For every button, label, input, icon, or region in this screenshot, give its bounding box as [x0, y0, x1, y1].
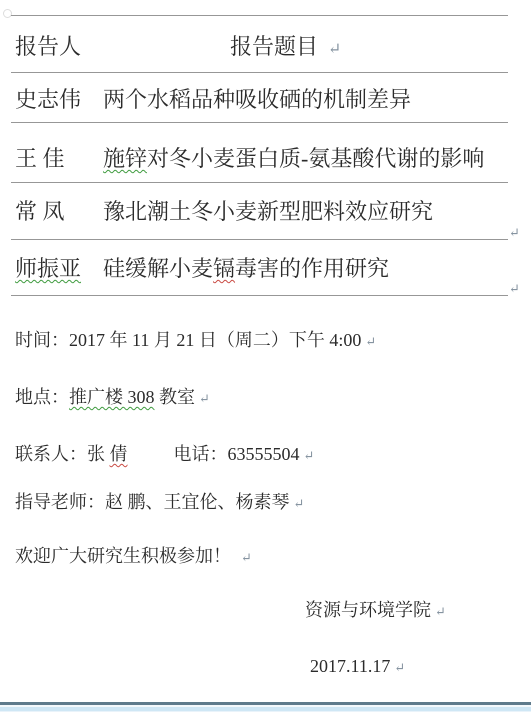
paragraph-mark-icon: ↵: [509, 282, 520, 295]
phone-text: 电话：63555504: [174, 444, 300, 464]
report-title[interactable]: 施锌对冬小麦蛋白质-氨基酸代谢的影响: [103, 147, 484, 171]
report-title[interactable]: 两个水稻品种吸收硒的机制差异: [103, 88, 411, 112]
time-line[interactable]: 时间：2017 年 11 月 21 日（周二）下午 4:00↵: [15, 330, 376, 352]
header-presenter[interactable]: 报告人: [15, 35, 81, 59]
document-page[interactable]: 报告人 报告题目↵ 史志伟 两个水稻品种吸收硒的机制差异 王 佳 施锌对冬小麦蛋…: [0, 0, 531, 712]
table-rule-top: [11, 15, 508, 16]
place-line[interactable]: 地点：推广楼 308 教室↵: [15, 387, 210, 409]
signature-line[interactable]: 资源与环境学院↵: [305, 600, 446, 622]
table-rule: [11, 239, 508, 240]
report-title[interactable]: 硅缓解小麦镉毒害的作用研究: [103, 257, 389, 281]
paragraph-mark-icon: ↵: [294, 496, 305, 511]
table-rule: [11, 122, 508, 123]
presenter-name[interactable]: 王 佳: [15, 147, 65, 171]
table-row: 史志伟 两个水稻品种吸收硒的机制差异: [0, 88, 531, 112]
table-row: 师振亚 硅缓解小麦镉毒害的作用研究: [0, 257, 531, 281]
welcome-line[interactable]: 欢迎广大研究生积极参加！↵: [15, 546, 252, 568]
table-rule-bottom: [11, 295, 508, 296]
paragraph-mark-icon: ↵: [435, 604, 446, 619]
table-row: 常 凤 豫北潮土冬小麦新型肥料效应研究: [0, 200, 531, 224]
advisors-line[interactable]: 指导老师：赵 鹏、王宜伦、杨素琴↵: [15, 492, 304, 514]
table-row: 王 佳 施锌对冬小麦蛋白质-氨基酸代谢的影响: [0, 147, 531, 171]
paragraph-mark-icon: ↵: [304, 448, 315, 463]
presenter-name[interactable]: 常 凤: [15, 200, 65, 224]
paragraph-mark-icon: ↵: [199, 391, 210, 406]
paragraph-mark-icon: ↵: [365, 334, 376, 349]
header-title[interactable]: 报告题目↵: [230, 35, 341, 62]
presenter-name[interactable]: 师振亚: [15, 257, 81, 281]
table-header-row: 报告人 报告题目↵: [0, 35, 531, 59]
paragraph-mark-icon: ↵: [328, 41, 341, 58]
spellcheck-green-segment: 推广楼 308: [69, 387, 155, 407]
presenter-name[interactable]: 史志伟: [15, 88, 81, 112]
spellcheck-red-segment: 倩: [110, 444, 128, 464]
table-rule: [11, 182, 508, 183]
paragraph-mark-icon: ↵: [241, 550, 252, 565]
spellcheck-red-segment: 镉: [213, 256, 235, 281]
table-rule: [11, 72, 508, 73]
report-title[interactable]: 豫北潮土冬小麦新型肥料效应研究: [103, 200, 433, 224]
spellcheck-green-segment: 施锌: [103, 146, 147, 171]
paragraph-mark-icon: ↵: [394, 660, 405, 675]
contact-line[interactable]: 联系人：张 倩电话：63555504↵: [15, 444, 314, 466]
table-move-handle-icon: [3, 9, 12, 18]
paragraph-mark-icon: ↵: [509, 226, 520, 239]
date-line[interactable]: 2017.11.17↵: [310, 656, 405, 678]
